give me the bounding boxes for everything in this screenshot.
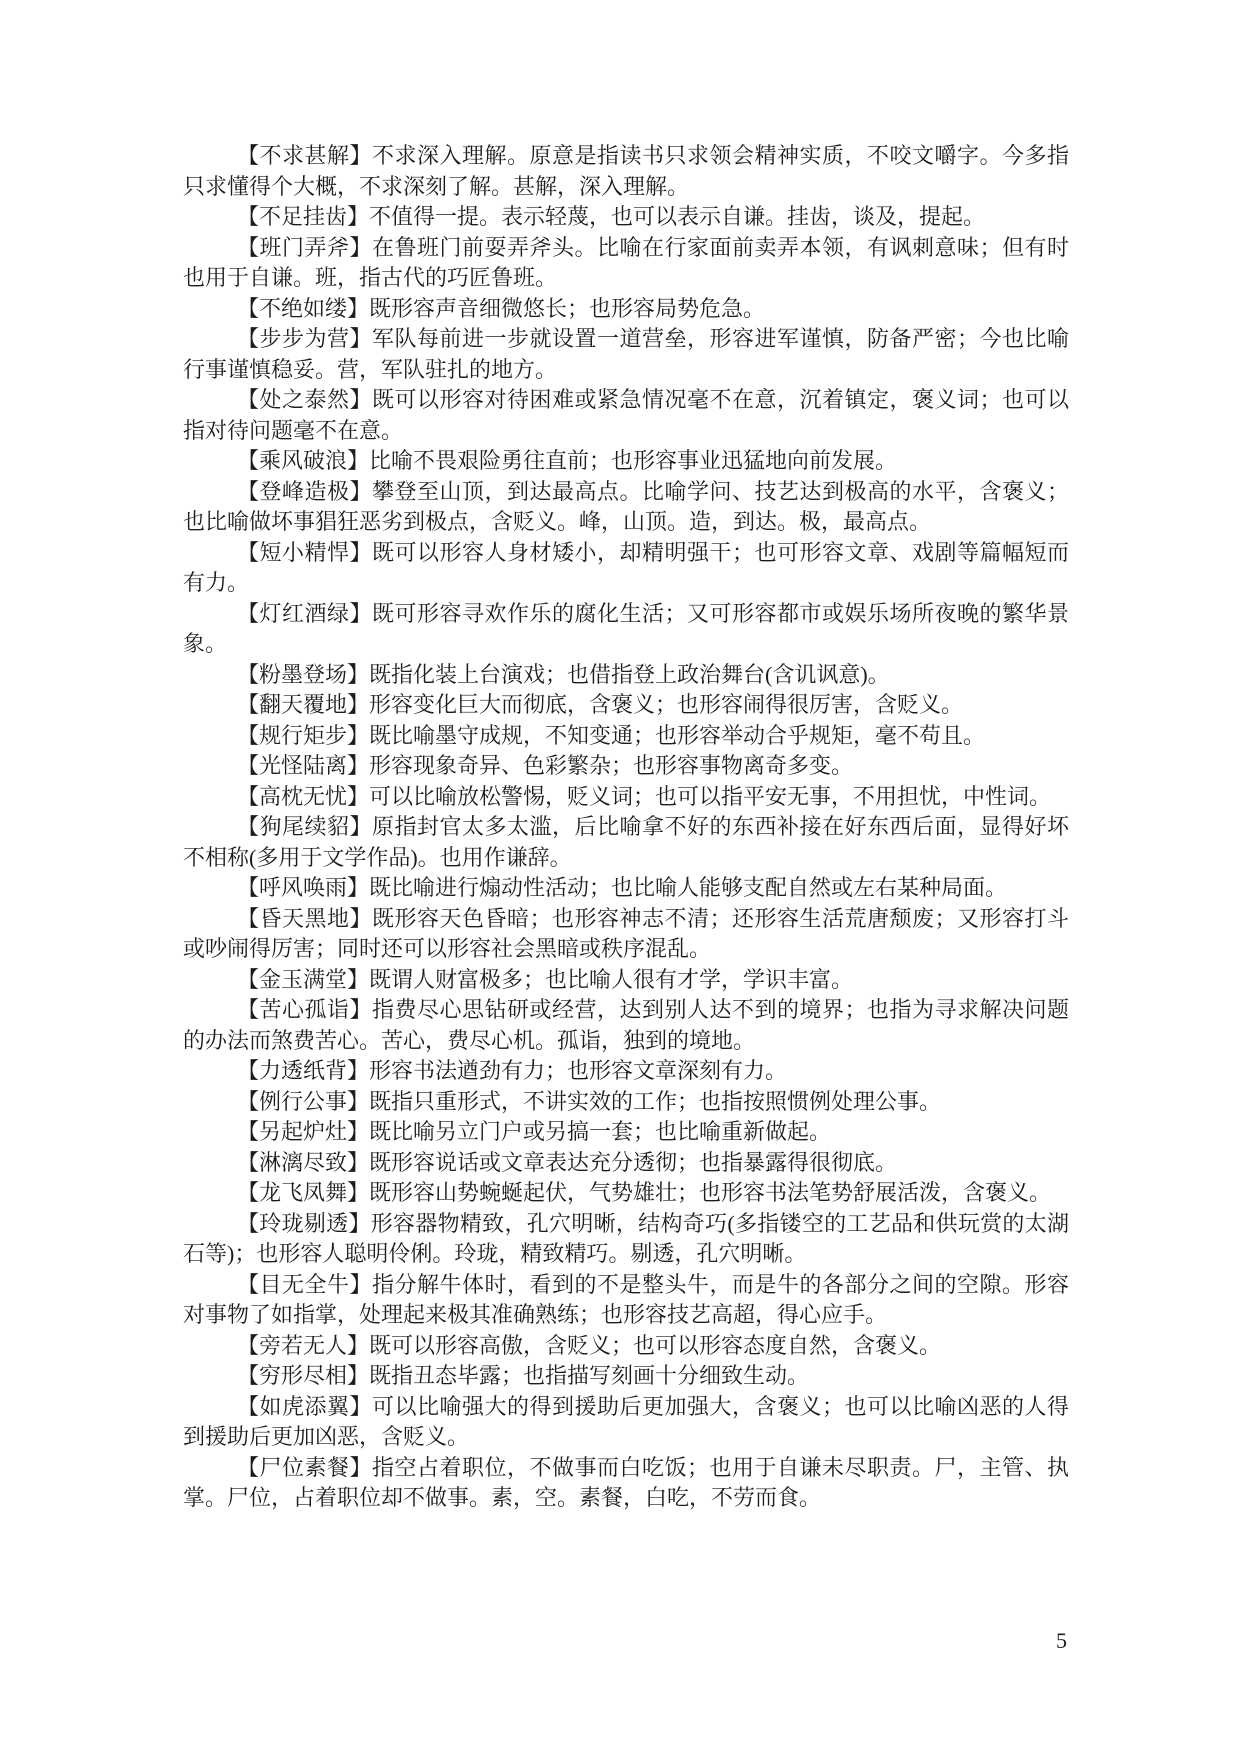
page-number: 5 (1056, 1628, 1067, 1653)
entry-term: 【班门弄斧】 (237, 235, 372, 260)
glossary-entry: 【玲珑剔透】形容器物精致，孔穴明晰，结构奇巧(多指镂空的工艺品和供玩赏的太湖石等… (183, 1209, 1069, 1270)
glossary-entry: 【金玉满堂】既谓人财富极多；也比喻人很有才学，学识丰富。 (183, 965, 1069, 996)
glossary-entry: 【规行矩步】既比喻墨守成规，不知变通；也形容举动合乎规矩，毫不苟且。 (183, 721, 1069, 752)
entry-definition: 既可以形容高傲，含贬义；也可以形容态度自然，含褒义。 (369, 1333, 941, 1358)
entry-term: 【高枕无忧】 (237, 784, 369, 809)
entry-definition: 既形容说话或文章表达充分透彻；也指暴露得很彻底。 (369, 1150, 897, 1175)
glossary-entry: 【力透纸背】形容书法遒劲有力；也形容文章深刻有力。 (183, 1056, 1069, 1087)
entry-term: 【粉墨登场】 (237, 662, 369, 687)
entry-definition: 可以比喻放松警惕，贬义词；也可以指平安无事，不用担忧，中性词。 (369, 784, 1051, 809)
glossary-entry: 【不求甚解】不求深入理解。原意是指读书只求领会精神实质，不咬文嚼字。今多指只求懂… (183, 141, 1069, 202)
glossary-entry: 【粉墨登场】既指化装上台演戏；也借指登上政治舞台(含讥讽意)。 (183, 660, 1069, 691)
glossary-entry: 【高枕无忧】可以比喻放松警惕，贬义词；也可以指平安无事，不用担忧，中性词。 (183, 782, 1069, 813)
entry-term: 【旁若无人】 (237, 1333, 369, 1358)
glossary-entry: 【狗尾续貂】原指封官太多太滥，后比喻拿不好的东西补接在好东西后面，显得好坏不相称… (183, 812, 1069, 873)
glossary-entry: 【灯红酒绿】既可形容寻欢作乐的腐化生活；又可形容都市或娱乐场所夜晚的繁华景象。 (183, 599, 1069, 660)
entry-term: 【淋漓尽致】 (237, 1150, 369, 1175)
entry-term: 【灯红酒绿】 (237, 601, 372, 626)
entry-term: 【光怪陆离】 (237, 753, 369, 778)
entry-term: 【呼风唤雨】 (237, 875, 369, 900)
glossary-entry: 【短小精悍】既可以形容人身材矮小，却精明强干；也可形容文章、戏剧等篇幅短而有力。 (183, 538, 1069, 599)
entry-definition: 形容变化巨大而彻底，含褒义；也形容闹得很厉害，含贬义。 (369, 692, 963, 717)
entry-term: 【尸位素餐】 (237, 1455, 372, 1480)
entry-term: 【处之泰然】 (237, 387, 372, 412)
glossary-entry: 【不足挂齿】不值得一提。表示轻蔑，也可以表示自谦。挂齿，谈及，提起。 (183, 202, 1069, 233)
entry-term: 【狗尾续貂】 (237, 814, 372, 839)
entry-definition: 既指丑态毕露；也指描写刻画十分细致生动。 (369, 1363, 809, 1388)
glossary-list: 【不求甚解】不求深入理解。原意是指读书只求领会精神实质，不咬文嚼字。今多指只求懂… (183, 141, 1069, 1514)
glossary-entry: 【呼风唤雨】既比喻进行煽动性活动；也比喻人能够支配自然或左右某种局面。 (183, 873, 1069, 904)
glossary-entry: 【目无全牛】指分解牛体时，看到的不是整头牛，而是牛的各部分之间的空隙。形容对事物… (183, 1270, 1069, 1331)
glossary-entry: 【翻天覆地】形容变化巨大而彻底，含褒义；也形容闹得很厉害，含贬义。 (183, 690, 1069, 721)
entry-definition: 既指化装上台演戏；也借指登上政治舞台(含讥讽意)。 (369, 662, 890, 687)
glossary-entry: 【不绝如缕】既形容声音细微悠长；也形容局势危急。 (183, 294, 1069, 325)
glossary-entry: 【昏天黑地】既形容天色昏暗；也形容神志不清；还形容生活荒唐颓废；又形容打斗或吵闹… (183, 904, 1069, 965)
entry-definition: 形容书法遒劲有力；也形容文章深刻有力。 (369, 1058, 787, 1083)
glossary-entry: 【登峰造极】攀登至山顶，到达最高点。比喻学问、技艺达到极高的水平，含褒义；也比喻… (183, 477, 1069, 538)
page-footer: 5 (0, 1626, 1067, 1656)
entry-term: 【不求甚解】 (237, 143, 372, 168)
entry-term: 【力透纸背】 (237, 1058, 369, 1083)
entry-term: 【金玉满堂】 (237, 967, 369, 992)
glossary-entry: 【光怪陆离】形容现象奇异、色彩繁杂；也形容事物离奇多变。 (183, 751, 1069, 782)
entry-definition: 既谓人财富极多；也比喻人很有才学，学识丰富。 (369, 967, 853, 992)
entry-definition: 既形容山势蜿蜒起伏，气势雄壮；也形容书法笔势舒展活泼，含褒义。 (369, 1180, 1051, 1205)
entry-term: 【翻天覆地】 (237, 692, 369, 717)
entry-term: 【穷形尽相】 (237, 1363, 369, 1388)
glossary-entry: 【如虎添翼】可以比喻强大的得到援助后更加强大，含褒义；也可以比喻凶恶的人得到援助… (183, 1392, 1069, 1453)
glossary-entry: 【苦心孤诣】指费尽心思钻研或经营，达到别人达不到的境界；也指为寻求解决问题的办法… (183, 995, 1069, 1056)
entry-term: 【目无全牛】 (237, 1272, 372, 1297)
entry-term: 【短小精悍】 (237, 540, 372, 565)
entry-definition: 既比喻进行煽动性活动；也比喻人能够支配自然或左右某种局面。 (369, 875, 1007, 900)
entry-term: 【步步为营】 (237, 326, 372, 351)
entry-term: 【昏天黑地】 (237, 906, 372, 931)
entry-term: 【例行公事】 (237, 1089, 369, 1114)
entry-definition: 不值得一提。表示轻蔑，也可以表示自谦。挂齿，谈及，提起。 (369, 204, 985, 229)
entry-term: 【如虎添翼】 (237, 1394, 372, 1419)
glossary-entry: 【龙飞凤舞】既形容山势蜿蜒起伏，气势雄壮；也形容书法笔势舒展活泼，含褒义。 (183, 1178, 1069, 1209)
entry-definition: 既指只重形式，不讲实效的工作；也指按照惯例处理公事。 (369, 1089, 941, 1114)
glossary-entry: 【穷形尽相】既指丑态毕露；也指描写刻画十分细致生动。 (183, 1361, 1069, 1392)
entry-term: 【玲珑剔透】 (237, 1211, 371, 1236)
entry-term: 【不绝如缕】 (237, 296, 369, 321)
glossary-entry: 【尸位素餐】指空占着职位，不做事而白吃饭；也用于自谦未尽职责。尸，主管、执掌。尸… (183, 1453, 1069, 1514)
entry-term: 【乘风破浪】 (237, 448, 369, 473)
glossary-entry: 【班门弄斧】在鲁班门前耍弄斧头。比喻在行家面前卖弄本领，有讽刺意味；但有时也用于… (183, 233, 1069, 294)
glossary-entry: 【例行公事】既指只重形式，不讲实效的工作；也指按照惯例处理公事。 (183, 1087, 1069, 1118)
entry-term: 【规行矩步】 (237, 723, 369, 748)
entry-term: 【不足挂齿】 (237, 204, 369, 229)
entry-term: 【苦心孤诣】 (237, 997, 372, 1022)
entry-definition: 比喻不畏艰险勇往直前；也形容事业迅猛地向前发展。 (369, 448, 897, 473)
glossary-entry: 【旁若无人】既可以形容高傲，含贬义；也可以形容态度自然，含褒义。 (183, 1331, 1069, 1362)
entry-definition: 既比喻墨守成规，不知变通；也形容举动合乎规矩，毫不苟且。 (369, 723, 985, 748)
entry-definition: 既比喻另立门户或另搞一套；也比喻重新做起。 (369, 1119, 831, 1144)
glossary-entry: 【处之泰然】既可以形容对待困难或紧急情况毫不在意，沉着镇定，褒义词；也可以指对待… (183, 385, 1069, 446)
glossary-entry: 【另起炉灶】既比喻另立门户或另搞一套；也比喻重新做起。 (183, 1117, 1069, 1148)
entry-term: 【另起炉灶】 (237, 1119, 369, 1144)
entry-term: 【登峰造极】 (237, 479, 372, 504)
glossary-entry: 【乘风破浪】比喻不畏艰险勇往直前；也形容事业迅猛地向前发展。 (183, 446, 1069, 477)
glossary-entry: 【淋漓尽致】既形容说话或文章表达充分透彻；也指暴露得很彻底。 (183, 1148, 1069, 1179)
entry-definition: 既形容声音细微悠长；也形容局势危急。 (369, 296, 765, 321)
entry-definition: 形容现象奇异、色彩繁杂；也形容事物离奇多变。 (369, 753, 853, 778)
glossary-entry: 【步步为营】军队每前进一步就设置一道营垒，形容进军谨慎，防备严密；今也比喻行事谨… (183, 324, 1069, 385)
entry-term: 【龙飞凤舞】 (237, 1180, 369, 1205)
